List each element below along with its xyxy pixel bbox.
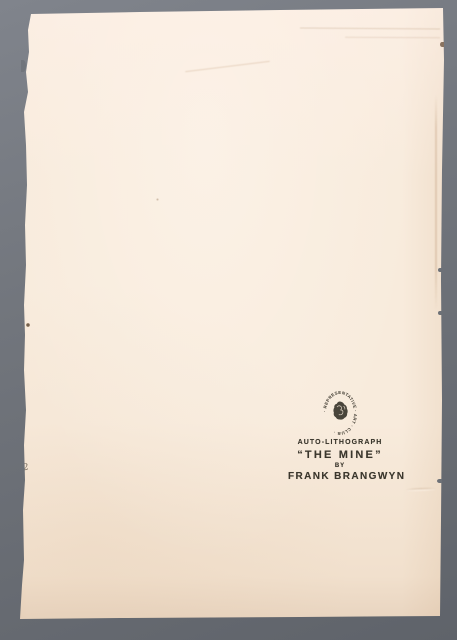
by-label: BY	[288, 463, 392, 469]
publisher-seal-icon: · REPRESENTATIVE · ART · CLUB ·	[321, 388, 359, 436]
imprint-block: · REPRESENTATIVE · ART · CLUB · AUTO-LIT…	[288, 388, 392, 482]
paper-shading	[0, 0, 457, 640]
paper-sheet: 2 · REPRESENTATIVE · ART · CLUB · AUTO-L…	[0, 0, 457, 640]
seal-crest	[333, 402, 347, 420]
artist-name: FRANK BRANGWYN	[288, 471, 392, 482]
pencil-mark: 2	[22, 463, 30, 474]
paper-speck	[26, 323, 30, 327]
technique-label: AUTO-LITHOGRAPH	[288, 439, 392, 446]
crease-line	[185, 61, 269, 72]
crease-line	[435, 95, 437, 310]
crease-line	[300, 28, 440, 30]
artwork-title: “THE MINE”	[288, 449, 392, 461]
edge-chip	[21, 60, 26, 72]
scan-background: 2 · REPRESENTATIVE · ART · CLUB · AUTO-L…	[0, 0, 457, 640]
paper-speck	[156, 198, 159, 201]
crease-line	[345, 37, 440, 38]
crease-line	[406, 487, 436, 491]
